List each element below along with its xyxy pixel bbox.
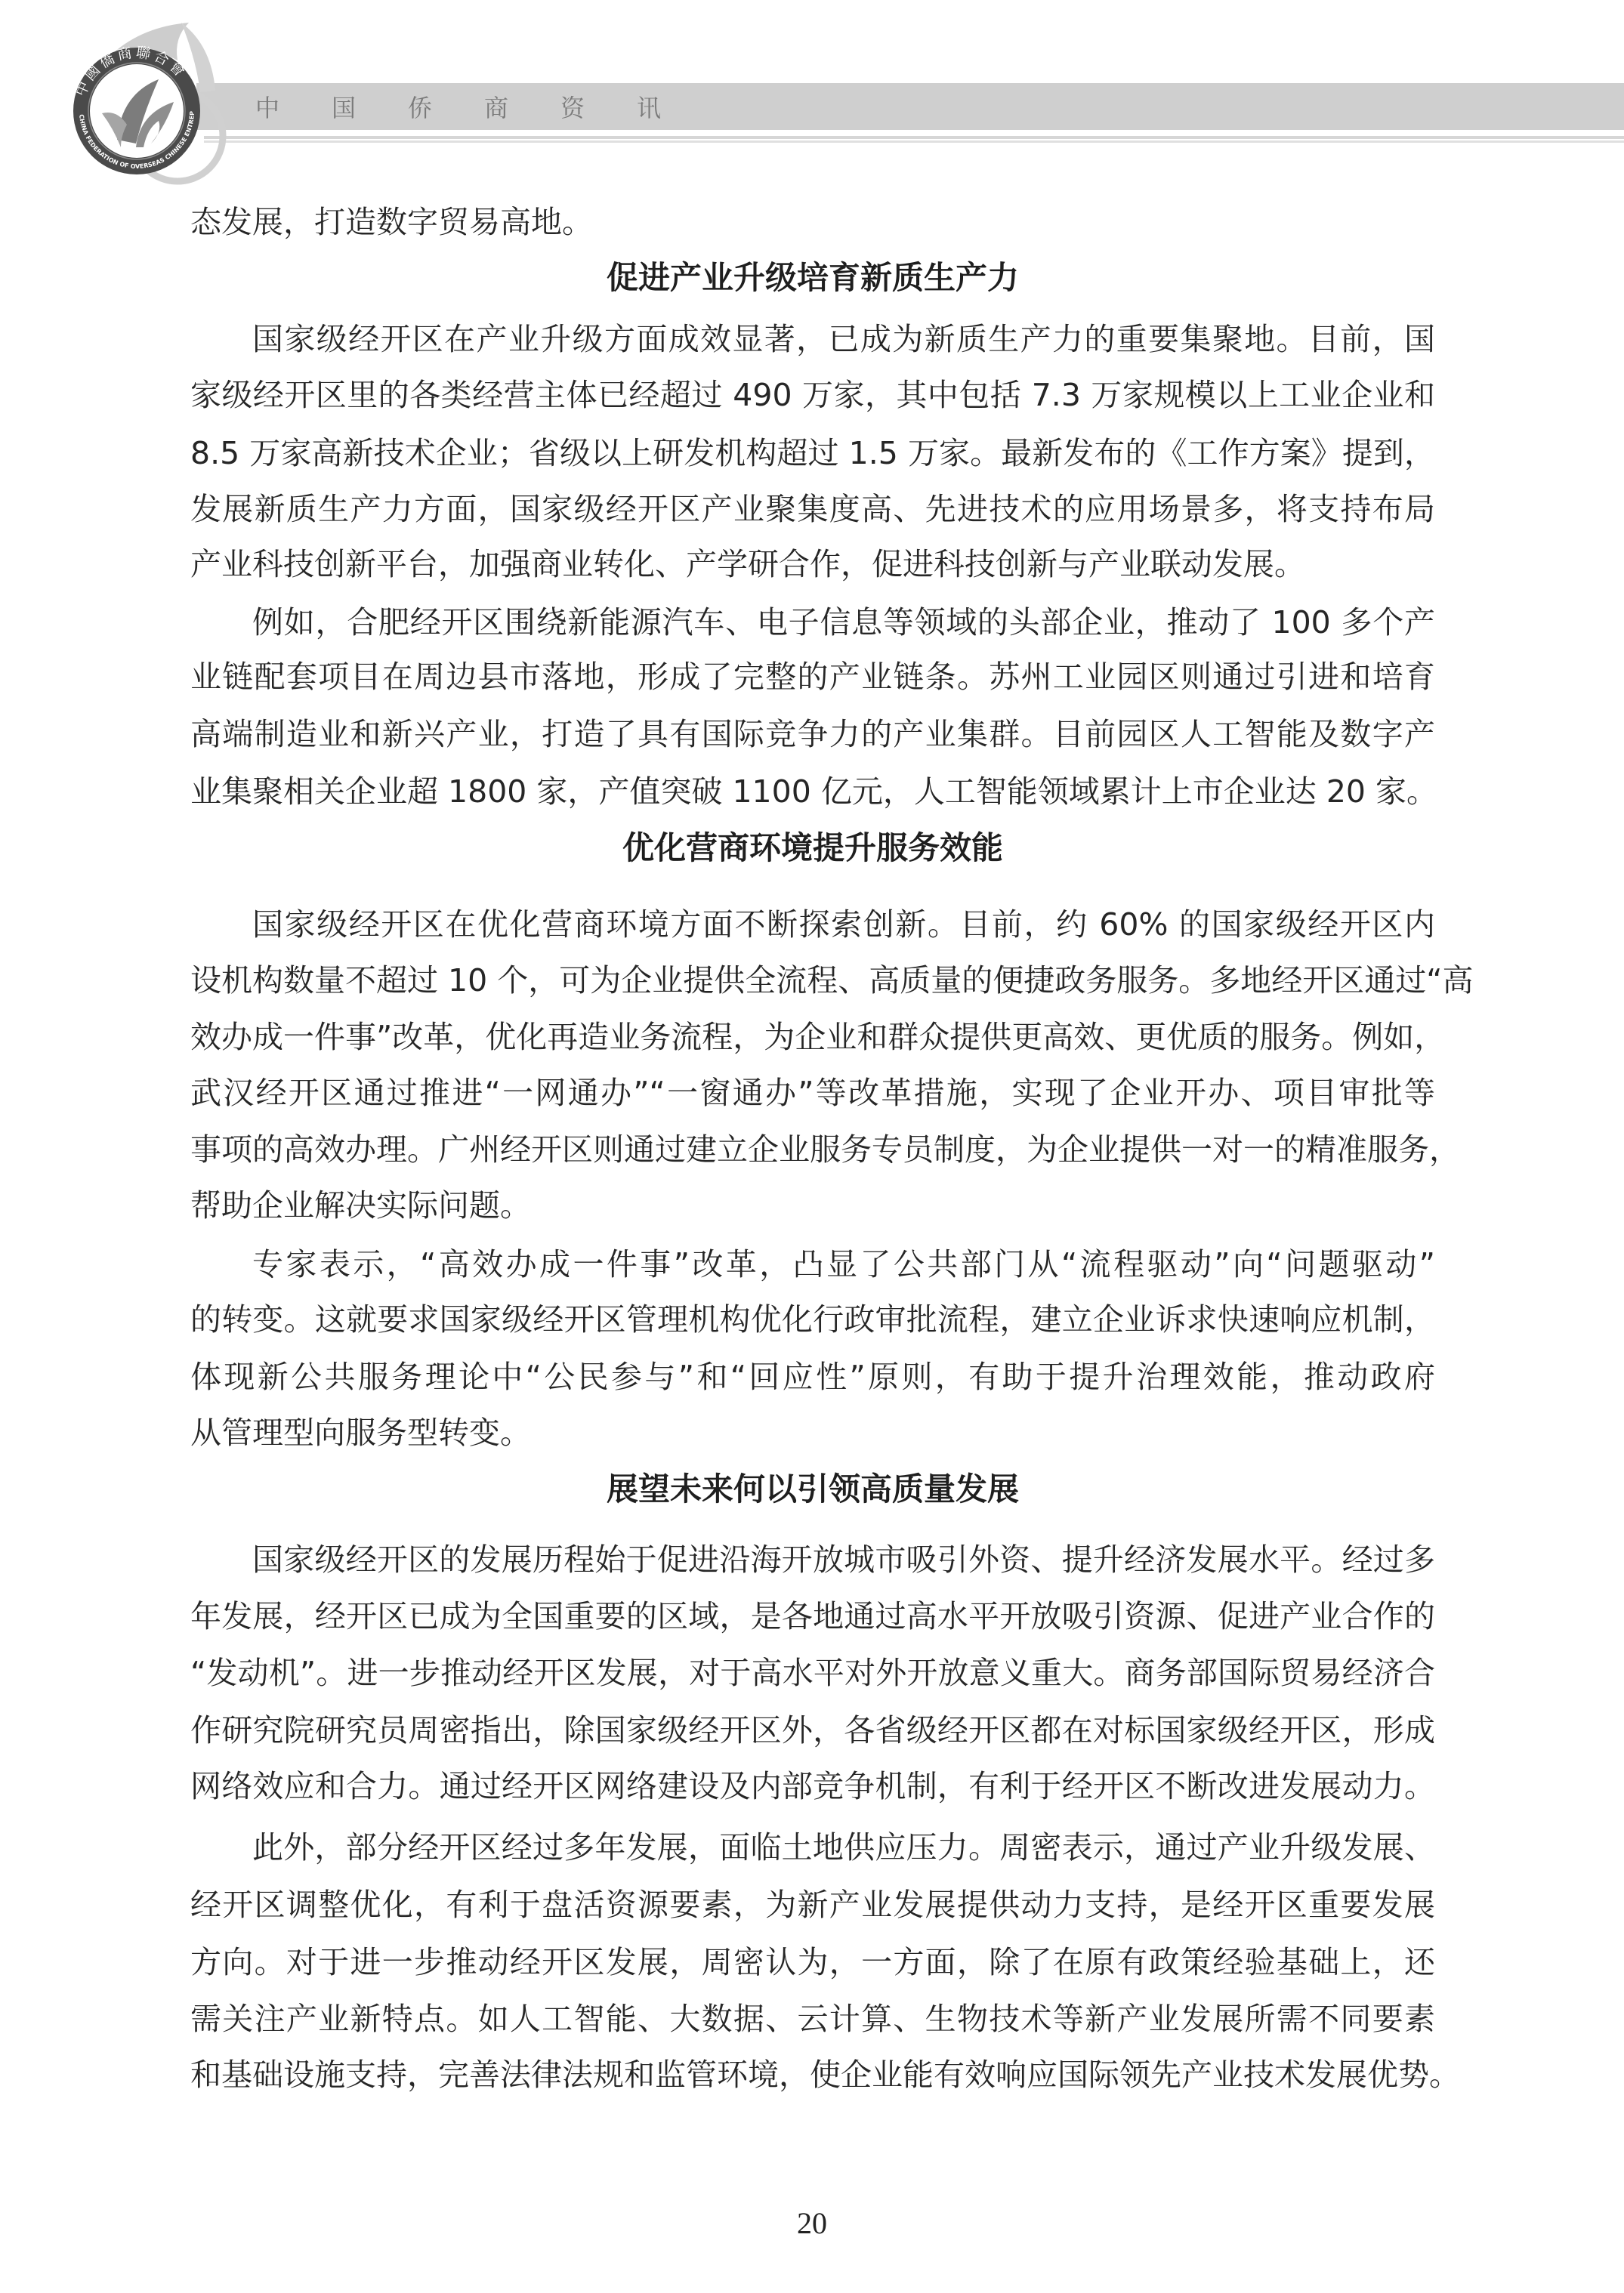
paragraph-line: 年发展，经开区已成为全国重要的区域，是各地通过高水平开放吸引资源、促进产业合作的 <box>190 1598 1435 1634</box>
publication-title: 中 国 侨 商 资 讯 <box>255 86 713 127</box>
header-rule <box>204 140 1624 143</box>
paragraph-line: 高端制造业和新兴产业，打造了具有国际竞争力的产业集群。目前园区人工智能及数字产 <box>190 716 1435 752</box>
paragraph-line: 的转变。这就要求国家级经开区管理机构优化行政审批流程，建立企业诉求快速响应机制， <box>190 1301 1435 1338</box>
paragraph-line: 产业科技创新平台，加强商业转化、产学研合作，促进科技创新与产业联动发展。 <box>190 546 1435 582</box>
paragraph-line: 经开区调整优化，有利于盘活资源要素，为新产业发展提供动力支持，是经开区重要发展 <box>190 1887 1435 1923</box>
publication-title-char: 商 <box>484 89 560 124</box>
paragraph-line: 和基础设施支持，完善法律法规和监管环境，使企业能有效响应国际领先产业技术发展优势… <box>190 2057 1435 2093</box>
paragraph-line: 发展新质生产力方面，国家级经开区产业聚集度高、先进技术的应用场景多，将支持布局 <box>190 491 1435 527</box>
paragraph-line: 网络效应和合力。通过经开区网络建设及内部竞争机制，有利于经开区不断改进发展动力。 <box>190 1768 1435 1804</box>
paragraph-line: 帮助企业解决实际问题。 <box>190 1187 1435 1224</box>
paragraph-line: 业集聚相关企业超 1800 家，产值突破 1100 亿元，人工智能领域累计上市企… <box>190 773 1435 810</box>
paragraph-line: 需关注产业新特点。如人工智能、大数据、云计算、生物技术等新产业发展所需不同要素 <box>190 2001 1435 2037</box>
paragraph-line: 设机构数量不超过 10 个，可为企业提供全流程、高质量的便捷政务服务。多地经开区… <box>190 962 1435 998</box>
publication-title-char: 讯 <box>637 89 713 124</box>
publication-title-char: 国 <box>332 89 408 124</box>
paragraph-line: 国家级经开区的发展历程始于促进沿海开放城市吸引外资、提升经济发展水平。经过多 <box>252 1542 1435 1578</box>
page-number: 20 <box>0 2205 1624 2241</box>
paragraph-line: 态发展，打造数字贸易高地。 <box>190 204 1435 240</box>
paragraph-line: 业链配套项目在周边县市落地，形成了完整的产业链条。苏州工业园区则通过引进和培育 <box>190 659 1435 695</box>
publication-title-char: 中 <box>255 89 332 124</box>
section-heading: 展望未来何以引领高质量发展 <box>190 1471 1435 1508</box>
paragraph-line: 此外，部分经开区经过多年发展，面临土地供应压力。周密表示，通过产业升级发展、 <box>252 1829 1435 1866</box>
paragraph-line: 国家级经开区在优化营商环境方面不断探索创新。目前，约 60% 的国家级经开区内 <box>252 906 1435 943</box>
paragraph-line: 家级经开区里的各类经营主体已经超过 490 万家，其中包括 7.3 万家规模以上… <box>190 377 1435 413</box>
publication-title-char: 资 <box>560 89 637 124</box>
paragraph-line: 专家表示，“高效办成一件事”改革，凸显了公共部门从“流程驱动”向“问题驱动” <box>252 1246 1435 1282</box>
paragraph-line: “发动机”。进一步推动经开区发展，对于高水平对外开放意义重大。商务部国际贸易经济… <box>190 1655 1435 1691</box>
section-heading: 优化营商环境提升服务效能 <box>190 829 1435 867</box>
paragraph-line: 8.5 万家高新技术企业；省级以上研发机构超过 1.5 万家。最新发布的《工作方… <box>190 435 1435 471</box>
paragraph-line: 方向。对于进一步推动经开区发展，周密认为，一方面，除了在原有政策经验基础上，还 <box>190 1944 1435 1980</box>
paragraph-line: 事项的高效办理。广州经开区则通过建立企业服务专员制度，为企业提供一对一的精准服务… <box>190 1131 1435 1168</box>
paragraph-line: 从管理型向服务型转变。 <box>190 1415 1435 1451</box>
paragraph-line: 国家级经开区在产业升级方面成效显著，已成为新质生产力的重要集聚地。目前，国 <box>252 321 1435 357</box>
header-rule <box>204 136 1624 139</box>
paragraph-line: 例如，合肥经开区围绕新能源汽车、电子信息等领域的头部企业，推动了 100 多个产 <box>252 604 1435 640</box>
publication-title-char: 侨 <box>408 89 484 124</box>
section-heading: 促进产业升级培育新质生产力 <box>190 259 1435 297</box>
paragraph-line: 效办成一件事”改革，优化再造业务流程，为企业和群众提供更高效、更优质的服务。例如… <box>190 1019 1435 1055</box>
paragraph-line: 体现新公共服务理论中“公民参与”和“回应性”原则，有助于提升治理效能，推动政府 <box>190 1359 1435 1395</box>
federation-logo-icon: 中國僑商聯合會 CHINA FEDERATION OF OVERSEAS CHI… <box>45 8 242 189</box>
paragraph-line: 作研究院研究员周密指出，除国家级经开区外，各省级经开区都在对标国家级经开区，形成 <box>190 1712 1435 1748</box>
paragraph-line: 武汉经开区通过推进“一网通办”“一窗通办”等改革措施，实现了企业开办、项目审批等 <box>190 1075 1435 1111</box>
